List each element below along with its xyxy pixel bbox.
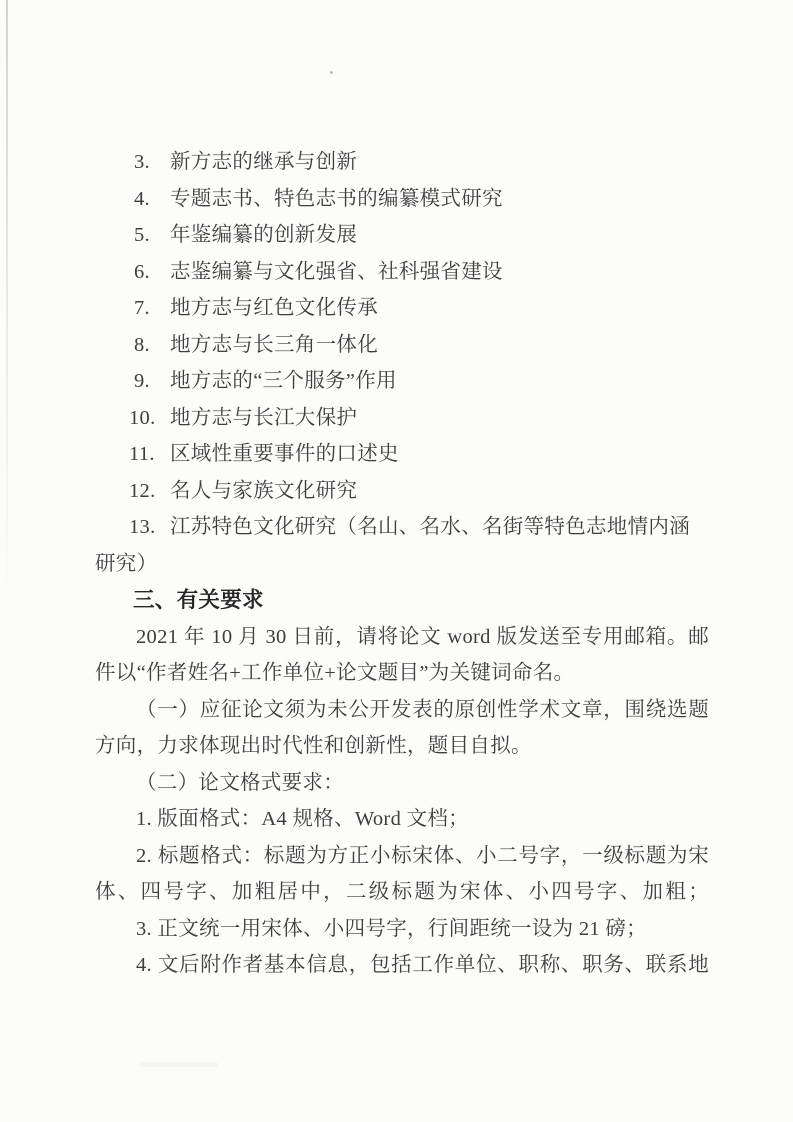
topic-item-number: 8. [129,327,170,364]
topic-item-number: 3. [129,144,170,181]
body-line: 4. 文后附作者基本信息，包括工作单位、职称、职务、联系地 [95,947,709,984]
topic-item-text: 地方志与长三角一体化 [170,334,378,356]
body-line: 2021 年 10 月 30 日前，请将论文 word 版发送至专用邮箱。邮 [95,619,709,656]
topic-item-text: 地方志与长江大保护 [170,407,357,429]
scan-artifact-vertical-line [6,0,8,600]
topic-item-text: 名人与家族文化研究 [170,480,357,502]
topic-item-text: 新方志的继承与创新 [170,151,357,173]
topic-list-item: 13.江苏特色文化研究（名山、名水、名街等特色志地情内涵 [95,509,709,546]
scan-artifact-dot [330,71,333,74]
topic-list-item: 5.年鉴编纂的创新发展 [95,217,709,254]
body-line: （一）应征论文须为未公开发表的原创性学术文章，围绕选题 [95,692,709,729]
body-line: （二）论文格式要求： [95,765,709,802]
section-heading: 三、有关要求 [133,582,709,619]
topic-item-number: 11. [129,436,170,473]
topic-list-item: 4.专题志书、特色志书的编纂模式研究 [95,181,709,218]
topic-list-item: 6.志鉴编纂与文化强省、社科强省建设 [95,254,709,291]
topic-item-text: 地方志的“三个服务”作用 [170,370,397,392]
topic-item-text: 年鉴编纂的创新发展 [170,224,357,246]
topic-item-number: 5. [129,217,170,254]
body-line: 1. 版面格式：A4 规格、Word 文档； [95,801,709,838]
topic-list-item: 12.名人与家族文化研究 [95,473,709,510]
body-line: 体、四号字、加粗居中，二级标题为宋体、小四号字、加粗； [95,874,709,911]
topic-item-number: 10. [129,400,170,437]
topic-item-13-continuation: 研究） [95,546,709,583]
topic-list-item: 3.新方志的继承与创新 [95,144,709,181]
topic-item-text: 区域性重要事件的口述史 [170,443,399,465]
topic-item-number: 7. [129,290,170,327]
topic-list-item: 10.地方志与长江大保护 [95,400,709,437]
topic-item-number: 4. [129,181,170,218]
topic-list-item: 8.地方志与长三角一体化 [95,327,709,364]
topic-item-text: 地方志与红色文化传承 [170,297,378,319]
topic-item-text: 专题志书、特色志书的编纂模式研究 [170,188,503,210]
topic-item-text: 江苏特色文化研究（名山、名水、名街等特色志地情内涵 [170,516,690,538]
body-line: 2. 标题格式：标题为方正小标宋体、小二号字，一级标题为宋 [95,838,709,875]
body-line: 3. 正文统一用宋体、小四号字，行间距统一设为 21 磅； [95,911,709,948]
topic-item-number: 12. [129,473,170,510]
body-line: 方向，力求体现出时代性和创新性，题目自拟。 [95,728,709,765]
document-content: 3.新方志的继承与创新 4.专题志书、特色志书的编纂模式研究 5.年鉴编纂的创新… [95,144,709,984]
scanned-document-page: 3.新方志的继承与创新 4.专题志书、特色志书的编纂模式研究 5.年鉴编纂的创新… [0,0,793,1122]
topic-item-text: 志鉴编纂与文化强省、社科强省建设 [170,261,503,283]
topic-item-number: 13. [129,509,170,546]
topic-item-number: 6. [129,254,170,291]
body-line: 件以“作者姓名+工作单位+论文题目”为关键词命名。 [95,655,709,692]
topic-list-item: 11.区域性重要事件的口述史 [95,436,709,473]
scan-artifact-smudge [140,1062,218,1067]
topic-list-item: 7.地方志与红色文化传承 [95,290,709,327]
topic-list-item: 9.地方志的“三个服务”作用 [95,363,709,400]
topic-item-number: 9. [129,363,170,400]
